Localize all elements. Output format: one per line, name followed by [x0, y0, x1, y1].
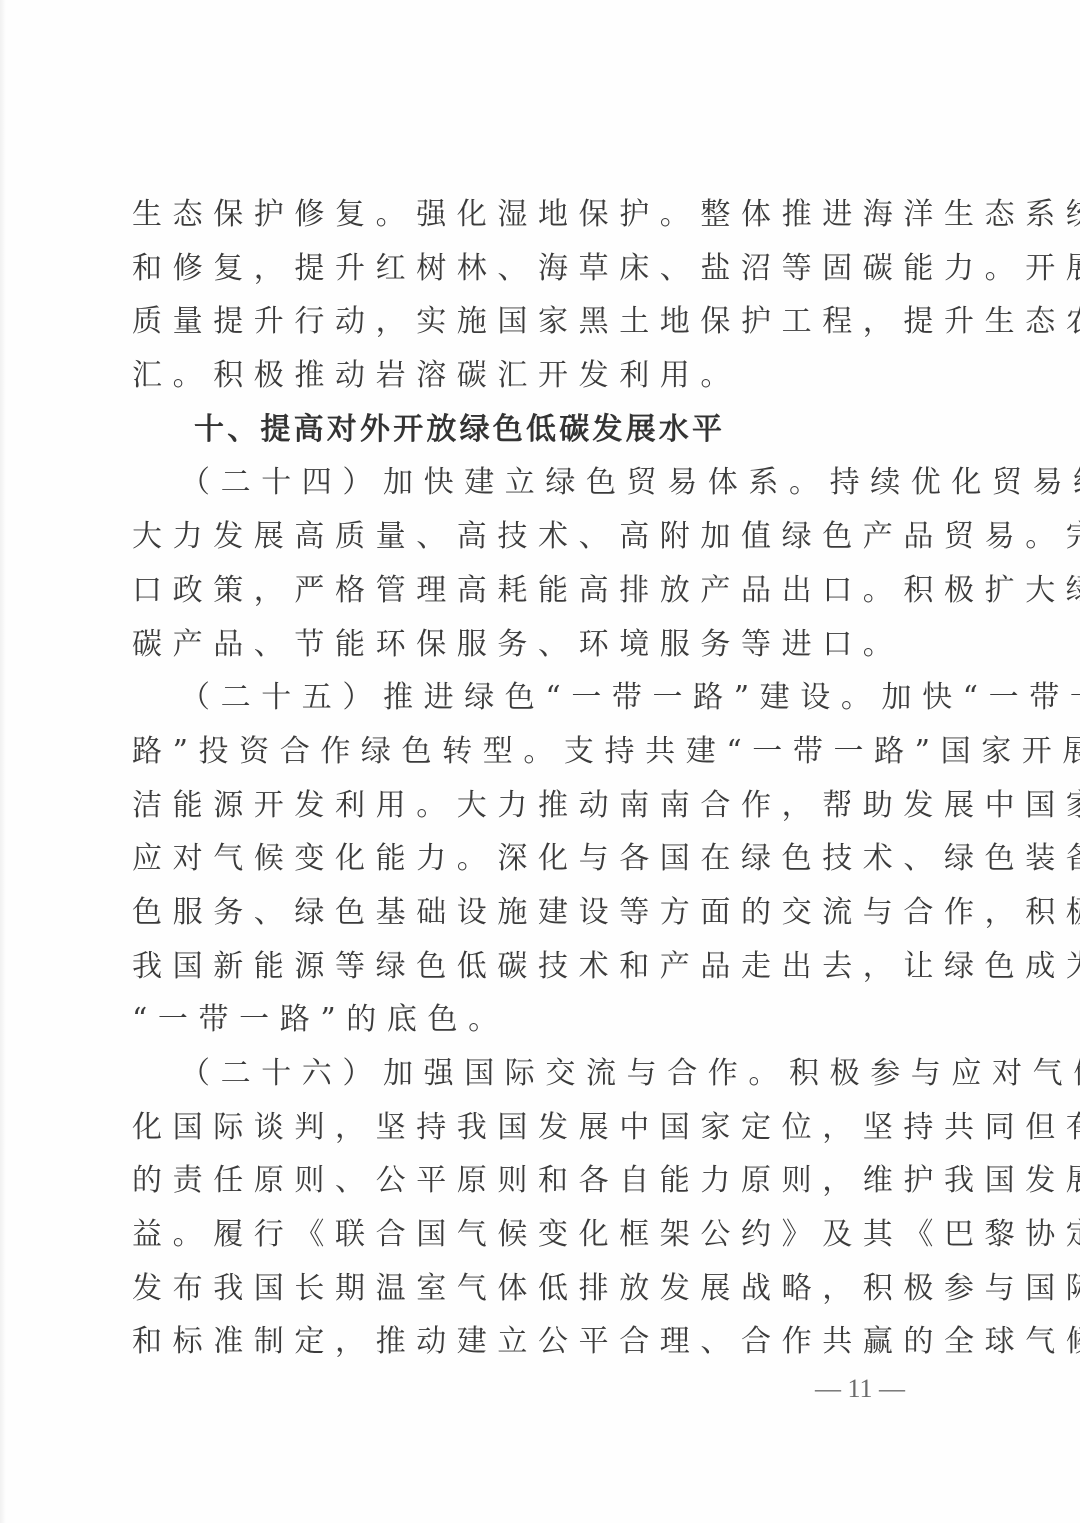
paragraph-25-line-5: 色服务、绿色基础设施建设等方面的交流与合作，积极推动 — [132, 886, 947, 940]
paragraph-25-line-2: 路”投资合作绿色转型。支持共建“一带一路”国家开展清 — [132, 725, 947, 779]
paragraph-line-ecology-3: 质量提升行动，实施国家黑土地保护工程，提升生态农业碳 — [132, 295, 947, 349]
section-heading-ten: 十、提高对外开放绿色低碳发展水平 — [132, 403, 947, 457]
paragraph-25-line-4: 应对气候变化能力。深化与各国在绿色技术、绿色装备、绿 — [132, 832, 947, 886]
paragraph-line-ecology-2: 和修复，提升红树林、海草床、盐沼等固碳能力。开展耕地 — [132, 242, 947, 296]
paragraph-line-ecology-1: 生态保护修复。强化湿地保护。整体推进海洋生态系统保护 — [132, 188, 947, 242]
paragraph-24-line-3: 口政策，严格管理高耗能高排放产品出口。积极扩大绿色低 — [132, 564, 947, 618]
document-body: 生态保护修复。强化湿地保护。整体推进海洋生态系统保护 和修复，提升红树林、海草床… — [132, 188, 947, 1369]
paragraph-24-line-1: （二十四）加快建立绿色贸易体系。持续优化贸易结构， — [132, 456, 947, 510]
paragraph-26-line-1: （二十六）加强国际交流与合作。积极参与应对气候变 — [132, 1047, 947, 1101]
paragraph-26-line-2: 化国际谈判，坚持我国发展中国家定位，坚持共同但有区别 — [132, 1101, 947, 1155]
paragraph-24-line-2: 大力发展高质量、高技术、高附加值绿色产品贸易。完善出 — [132, 510, 947, 564]
paragraph-25-line-7: “一带一路”的底色。 — [132, 993, 947, 1047]
paragraph-26-line-6: 和标准制定，推动建立公平合理、合作共赢的全球气候治理 — [132, 1315, 947, 1369]
paragraph-26-line-3: 的责任原则、公平原则和各自能力原则，维护我国发展权 — [132, 1154, 947, 1208]
page-number: — 11 — — [800, 1374, 920, 1404]
paragraph-25-line-6: 我国新能源等绿色低碳技术和产品走出去，让绿色成为共建 — [132, 940, 947, 994]
paragraph-24-line-4: 碳产品、节能环保服务、环境服务等进口。 — [132, 618, 947, 672]
paragraph-26-line-4: 益。履行《联合国气候变化框架公约》及其《巴黎协定》， — [132, 1208, 947, 1262]
paragraph-25-line-3: 洁能源开发利用。大力推动南南合作，帮助发展中国家提高 — [132, 779, 947, 833]
paragraph-26-line-5: 发布我国长期温室气体低排放发展战略，积极参与国际规则 — [132, 1262, 947, 1316]
scan-edge-shadow — [0, 0, 6, 1523]
document-page: 生态保护修复。强化湿地保护。整体推进海洋生态系统保护 和修复，提升红树林、海草床… — [0, 0, 1080, 1523]
paragraph-line-ecology-4: 汇。积极推动岩溶碳汇开发利用。 — [132, 349, 947, 403]
paragraph-25-line-1: （二十五）推进绿色“一带一路”建设。加快“一带一 — [132, 671, 947, 725]
